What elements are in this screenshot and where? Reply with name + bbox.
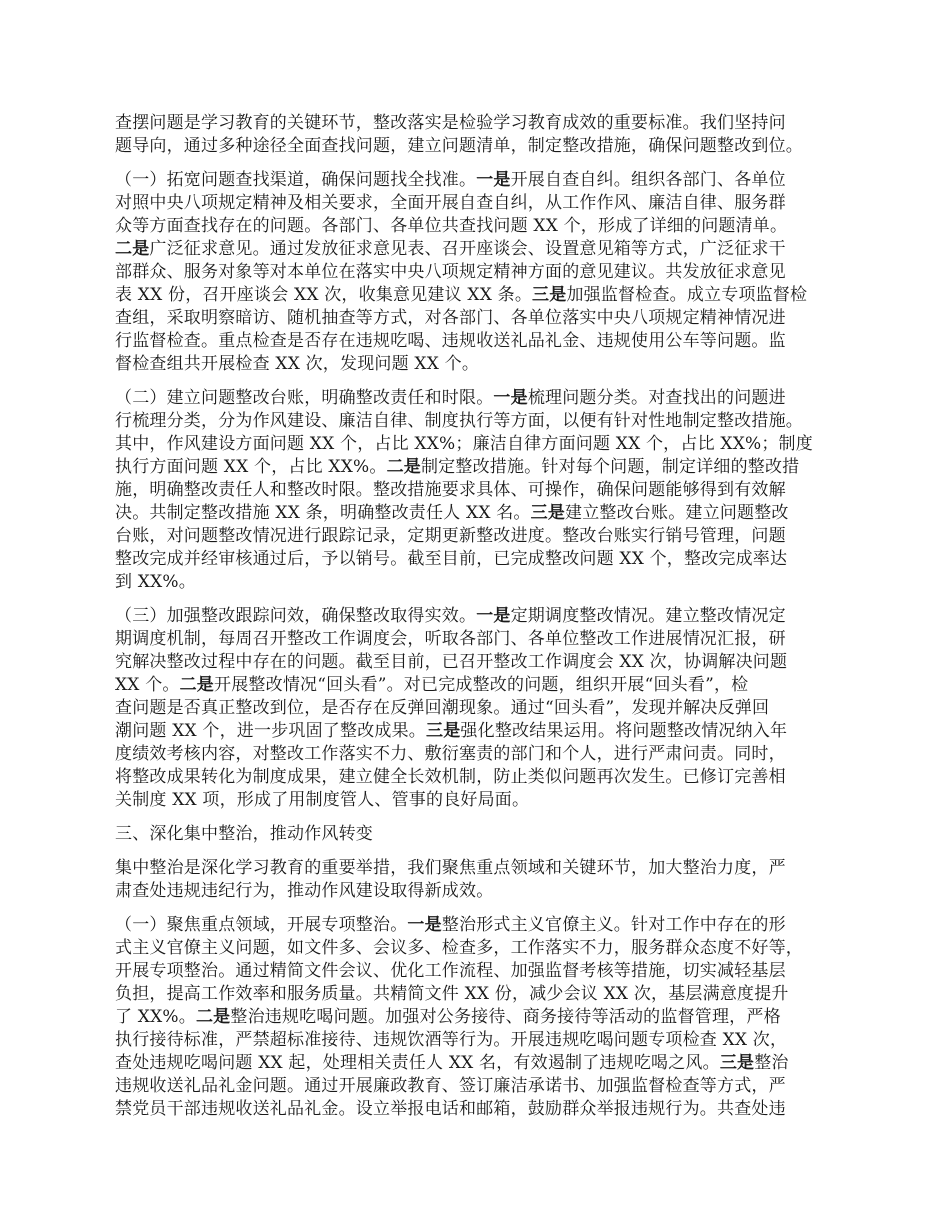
text-run: 执行接待标准，严禁超标准接待、违规饮酒等行为。开展违规吃喝问题专项检查 XX 次… bbox=[115, 1030, 787, 1050]
text-line: 行监督检查。重点检查是否存在违规吃喝、违规收送礼品礼金、违规使用公车等问题。监 bbox=[115, 330, 855, 353]
text-line: 开展专项整治。通过精简文件会议、优化工作流程、加强监督考核等措施，切实减轻基层 bbox=[115, 960, 855, 983]
text-line: XX 个。二是开展整改情况“回头看”。对已完成整改的问题，组织开展“回头看”，检 bbox=[115, 674, 855, 697]
text-run: 广泛征求意见。通过发放征求意见表、召开座谈会、设置意见箱等方式，广泛征求干 bbox=[149, 239, 785, 259]
text-run: 禁党员干部违规收送礼品礼金。设立举报电话和邮箱，鼓励群众举报违规行为。共查处违 bbox=[115, 1099, 786, 1119]
text-run: 行梳理分类，分为作风建设、廉洁自律、制度执行等方面，以便有针对性地制定整改措施。 bbox=[115, 411, 803, 431]
text-line: 行梳理分类，分为作风建设、廉洁自律、制度执行等方面，以便有针对性地制定整改措施。 bbox=[115, 410, 855, 433]
section-heading: 三、深化集中整治，推动作风转变 bbox=[115, 823, 855, 846]
text-run: 决。共制定整改措施 XX 条，明确整改责任人 XX 名。 bbox=[115, 503, 531, 523]
text-run: 执行方面问题 XX 个，占比 XX%。 bbox=[115, 457, 387, 477]
text-run: 整改完成并经审核通过后，予以销号。截至目前，已完成整改问题 XX 个，整改完成率… bbox=[115, 549, 787, 569]
paragraph: （一）拓宽问题查找渠道，确保问题找全找准。一是开展自查自纠。组织各部门、各单位对… bbox=[115, 169, 855, 376]
text-run: 潮问题 XX 个，进一步巩固了整改成果。 bbox=[115, 721, 426, 741]
text-run: （三）加强整改跟踪问效，确保整改取得实效。 bbox=[115, 606, 476, 626]
text-line: 对照中央八项规定精神及相关要求，全面开展自查自纠，从工作作风、廉洁自律、服务群 bbox=[115, 192, 855, 215]
text-run: 题导向，通过多种途径全面查找问题，建立问题清单，制定整改措施，确保问题整改到位。 bbox=[115, 136, 803, 156]
text-line: 肃查处违规违纪行为，推动作风建设取得新成效。 bbox=[115, 880, 855, 903]
text-run: 查处违规吃喝问题 XX 起，处理相关责任人 XX 名，有效遏制了违规吃喝之风。 bbox=[115, 1053, 720, 1073]
text-run: 建立整改台账。建立问题整改 bbox=[565, 503, 789, 523]
text-line: 查摆问题是学习教育的关键环节，整改落实是检验学习教育成效的重要标准。我们坚持问 bbox=[115, 112, 855, 135]
bold-run: 一是 bbox=[476, 170, 510, 190]
text-run: 三、深化集中整治，推动作风转变 bbox=[115, 824, 373, 844]
text-run: （二）建立问题整改台账，明确整改责任和时限。 bbox=[115, 388, 493, 408]
text-run: 查组，采取明察暗访、随机抽查等方式，对各部门、各单位落实中央八项规定精神情况进 bbox=[115, 308, 786, 328]
text-run: 将整改成果转化为制度成果，建立健全长效机制，防止类似问题再次发生。已修订完善相 bbox=[115, 767, 786, 787]
text-run: 加强监督检查。成立专项监督检 bbox=[566, 285, 807, 305]
text-run: XX 个。 bbox=[115, 675, 180, 695]
text-run: 整治形式主义官僚主义。针对工作中存在的形 bbox=[442, 915, 786, 935]
text-run: 期调度机制，每周召开整改工作调度会，听取各部门、各单位整改工作进展情况汇报，研 bbox=[115, 629, 786, 649]
document-page: 查摆问题是学习教育的关键环节，整改落实是检验学习教育成效的重要标准。我们坚持问题… bbox=[115, 112, 855, 1132]
bold-run: 三是 bbox=[532, 285, 566, 305]
text-line: 执行方面问题 XX 个，占比 XX%。二是制定整改措施。针对每个问题，制定详细的… bbox=[115, 456, 855, 479]
text-line: 部群众、服务对象等对本单位在落实中央八项规定精神方面的意见建议。共发放征求意见 bbox=[115, 261, 855, 284]
text-run: 肃查处违规违纪行为，推动作风建设取得新成效。 bbox=[115, 881, 493, 901]
bold-run: 三是 bbox=[720, 1053, 754, 1073]
text-line: 潮问题 XX 个，进一步巩固了整改成果。三是强化整改结果运用。将问题整改情况纳入… bbox=[115, 720, 855, 743]
text-run: 行监督检查。重点检查是否存在违规吃喝、违规收送礼品礼金、违规使用公车等问题。监 bbox=[115, 331, 786, 351]
text-run: 强化整改结果运用。将问题整改情况纳入年 bbox=[460, 721, 787, 741]
text-run: 究解决整改过程中存在的问题。截至目前，已召开整改工作调度会 XX 次，协调解决问… bbox=[115, 652, 787, 672]
text-line: 整改完成并经审核通过后，予以销号。截至目前，已完成整改问题 XX 个，整改完成率… bbox=[115, 548, 855, 571]
text-line: 集中整治是深化学习教育的重要举措，我们聚焦重点领域和关键环节，加大整治力度，严 bbox=[115, 857, 855, 880]
text-run: 开展整改情况“回头看”。对已完成整改的问题，组织开展“回头看”，检 bbox=[214, 675, 748, 695]
text-run: 查问题是否真正整改到位，是否存在反弹回潮现象。通过“回头看”，发现并解决反弹回 bbox=[115, 698, 769, 718]
text-run: 关制度 XX 项，形成了用制度管人、管事的良好局面。 bbox=[115, 790, 529, 810]
text-line: 台账，对问题整改情况进行跟踪记录，定期更新整改进度。整改台账实行销号管理，问题 bbox=[115, 525, 855, 548]
text-run: 开展自查自纠。组织各部门、各单位 bbox=[511, 170, 786, 190]
text-run: （一）聚焦重点领域，开展专项整治。 bbox=[115, 915, 407, 935]
text-line: 禁党员干部违规收送礼品礼金。设立举报电话和邮箱，鼓励群众举报违规行为。共查处违 bbox=[115, 1098, 855, 1121]
text-run: 了 XX%。 bbox=[115, 1007, 196, 1027]
text-run: 表 XX 份，召开座谈会 XX 次，收集意见建议 XX 条。 bbox=[115, 285, 532, 305]
text-run: 督检查组共开展检查 XX 次，发现问题 XX 个。 bbox=[115, 354, 479, 374]
paragraph: （一）聚焦重点领域，开展专项整治。一是整治形式主义官僚主义。针对工作中存在的形式… bbox=[115, 914, 855, 1121]
text-run: 定期调度整改情况。建立整改情况定 bbox=[511, 606, 786, 626]
text-run: 查摆问题是学习教育的关键环节，整改落实是检验学习教育成效的重要标准。我们坚持问 bbox=[115, 113, 786, 133]
text-line: （二）建立问题整改台账，明确整改责任和时限。一是梳理问题分类。对查找出的问题进 bbox=[115, 387, 855, 410]
text-line: （一）聚焦重点领域，开展专项整治。一是整治形式主义官僚主义。针对工作中存在的形 bbox=[115, 914, 855, 937]
text-line: 查问题是否真正整改到位，是否存在反弹回潮现象。通过“回头看”，发现并解决反弹回 bbox=[115, 697, 855, 720]
bold-run: 一是 bbox=[493, 388, 527, 408]
text-line: 期调度机制，每周召开整改工作调度会，听取各部门、各单位整改工作进展情况汇报，研 bbox=[115, 628, 855, 651]
text-run: 式主义官僚主义问题，如文件多、会议多、检查多，工作落实不力，服务群众态度不好等， bbox=[115, 938, 803, 958]
text-run: 对照中央八项规定精神及相关要求，全面开展自查自纠，从工作作风、廉洁自律、服务群 bbox=[115, 193, 786, 213]
paragraph: 查摆问题是学习教育的关键环节，整改落实是检验学习教育成效的重要标准。我们坚持问题… bbox=[115, 112, 855, 158]
bold-run: 二是 bbox=[115, 239, 149, 259]
text-run: 度绩效考核内容，对整改工作落实不力、敷衍塞责的部门和个人，进行严肃问责。同时， bbox=[115, 744, 786, 764]
text-line: 负担，提高工作效率和服务质量。共精简文件 XX 份，减少会议 XX 次，基层满意… bbox=[115, 983, 855, 1006]
text-line: 表 XX 份，召开座谈会 XX 次，收集意见建议 XX 条。三是加强监督检查。成… bbox=[115, 284, 855, 307]
text-line: （三）加强整改跟踪问效，确保整改取得实效。一是定期调度整改情况。建立整改情况定 bbox=[115, 605, 855, 628]
bold-run: 一是 bbox=[476, 606, 510, 626]
text-run: 制定整改措施。针对每个问题，制定详细的整改措 bbox=[421, 457, 799, 477]
text-run: 其中，作风建设方面问题 XX 个，占比 XX%；廉洁自律方面问题 XX 个，占比… bbox=[115, 434, 813, 454]
text-run: 到 XX%。 bbox=[115, 572, 196, 592]
text-run: 梳理问题分类。对查找出的问题进 bbox=[528, 388, 786, 408]
text-run: 负担，提高工作效率和服务质量。共精简文件 XX 份，减少会议 XX 次，基层满意… bbox=[115, 984, 789, 1004]
text-line: 度绩效考核内容，对整改工作落实不力、敷衍塞责的部门和个人，进行严肃问责。同时， bbox=[115, 743, 855, 766]
paragraph: （二）建立问题整改台账，明确整改责任和时限。一是梳理问题分类。对查找出的问题进行… bbox=[115, 387, 855, 594]
text-run: 集中整治是深化学习教育的重要举措，我们聚焦重点领域和关键环节，加大整治力度，严 bbox=[115, 858, 786, 878]
text-run: 违规收送礼品礼金问题。通过开展廉政教育、签订廉洁承诺书、加强监督检查等方式，严 bbox=[115, 1076, 786, 1096]
text-run: 开展专项整治。通过精简文件会议、优化工作流程、加强监督考核等措施，切实减轻基层 bbox=[115, 961, 786, 981]
text-run: 部群众、服务对象等对本单位在落实中央八项规定精神方面的意见建议。共发放征求意见 bbox=[115, 262, 786, 282]
text-line: 查处违规吃喝问题 XX 起，处理相关责任人 XX 名，有效遏制了违规吃喝之风。三… bbox=[115, 1052, 855, 1075]
text-line: 关制度 XX 项，形成了用制度管人、管事的良好局面。 bbox=[115, 789, 855, 812]
text-line: 将整改成果转化为制度成果，建立健全长效机制，防止类似问题再次发生。已修订完善相 bbox=[115, 766, 855, 789]
bold-run: 三是 bbox=[426, 721, 460, 741]
text-line: 二是广泛征求意见。通过发放征求意见表、召开座谈会、设置意见箱等方式，广泛征求干 bbox=[115, 238, 855, 261]
text-run: 施，明确整改责任人和整改时限。整改措施要求具体、可操作，确保问题能够得到有效解 bbox=[115, 480, 786, 500]
text-line: 查组，采取明察暗访、随机抽查等方式，对各部门、各单位落实中央八项规定精神情况进 bbox=[115, 307, 855, 330]
text-run: 整治 bbox=[754, 1053, 788, 1073]
text-run: 台账，对问题整改情况进行跟踪记录，定期更新整改进度。整改台账实行销号管理，问题 bbox=[115, 526, 786, 546]
text-run: 整治违规吃喝问题。加强对公务接待、商务接待等活动的监督管理，严格 bbox=[230, 1007, 780, 1027]
text-line: 题导向，通过多种途径全面查找问题，建立问题清单，制定整改措施，确保问题整改到位。 bbox=[115, 135, 855, 158]
text-line: 众等方面查找存在的问题。各部门、各单位共查找问题 XX 个，形成了详细的问题清单… bbox=[115, 215, 855, 238]
text-line: 违规收送礼品礼金问题。通过开展廉政教育、签订廉洁承诺书、加强监督检查等方式，严 bbox=[115, 1075, 855, 1098]
text-line: 式主义官僚主义问题，如文件多、会议多、检查多，工作落实不力，服务群众态度不好等， bbox=[115, 937, 855, 960]
text-run: 众等方面查找存在的问题。各部门、各单位共查找问题 XX 个，形成了详细的问题清单… bbox=[115, 216, 787, 236]
text-line: 了 XX%。二是整治违规吃喝问题。加强对公务接待、商务接待等活动的监督管理，严格 bbox=[115, 1006, 855, 1029]
text-line: 决。共制定整改措施 XX 条，明确整改责任人 XX 名。三是建立整改台账。建立问… bbox=[115, 502, 855, 525]
text-line: 执行接待标准，严禁超标准接待、违规饮酒等行为。开展违规吃喝问题专项检查 XX 次… bbox=[115, 1029, 855, 1052]
bold-run: 二是 bbox=[180, 675, 214, 695]
bold-run: 二是 bbox=[196, 1007, 230, 1027]
paragraph: （三）加强整改跟踪问效，确保整改取得实效。一是定期调度整改情况。建立整改情况定期… bbox=[115, 605, 855, 812]
bold-run: 一是 bbox=[407, 915, 441, 935]
text-line: 究解决整改过程中存在的问题。截至目前，已召开整改工作调度会 XX 次，协调解决问… bbox=[115, 651, 855, 674]
text-line: （一）拓宽问题查找渠道，确保问题找全找准。一是开展自查自纠。组织各部门、各单位 bbox=[115, 169, 855, 192]
text-line: 到 XX%。 bbox=[115, 571, 855, 594]
text-line: 督检查组共开展检查 XX 次，发现问题 XX 个。 bbox=[115, 353, 855, 376]
paragraph: 集中整治是深化学习教育的重要举措，我们聚焦重点领域和关键环节，加大整治力度，严肃… bbox=[115, 857, 855, 903]
text-line: 施，明确整改责任人和整改时限。整改措施要求具体、可操作，确保问题能够得到有效解 bbox=[115, 479, 855, 502]
text-line: 三、深化集中整治，推动作风转变 bbox=[115, 823, 855, 846]
bold-run: 二是 bbox=[387, 457, 421, 477]
bold-run: 三是 bbox=[531, 503, 565, 523]
text-run: （一）拓宽问题查找渠道，确保问题找全找准。 bbox=[115, 170, 476, 190]
text-line: 其中，作风建设方面问题 XX 个，占比 XX%；廉洁自律方面问题 XX 个，占比… bbox=[115, 433, 855, 456]
